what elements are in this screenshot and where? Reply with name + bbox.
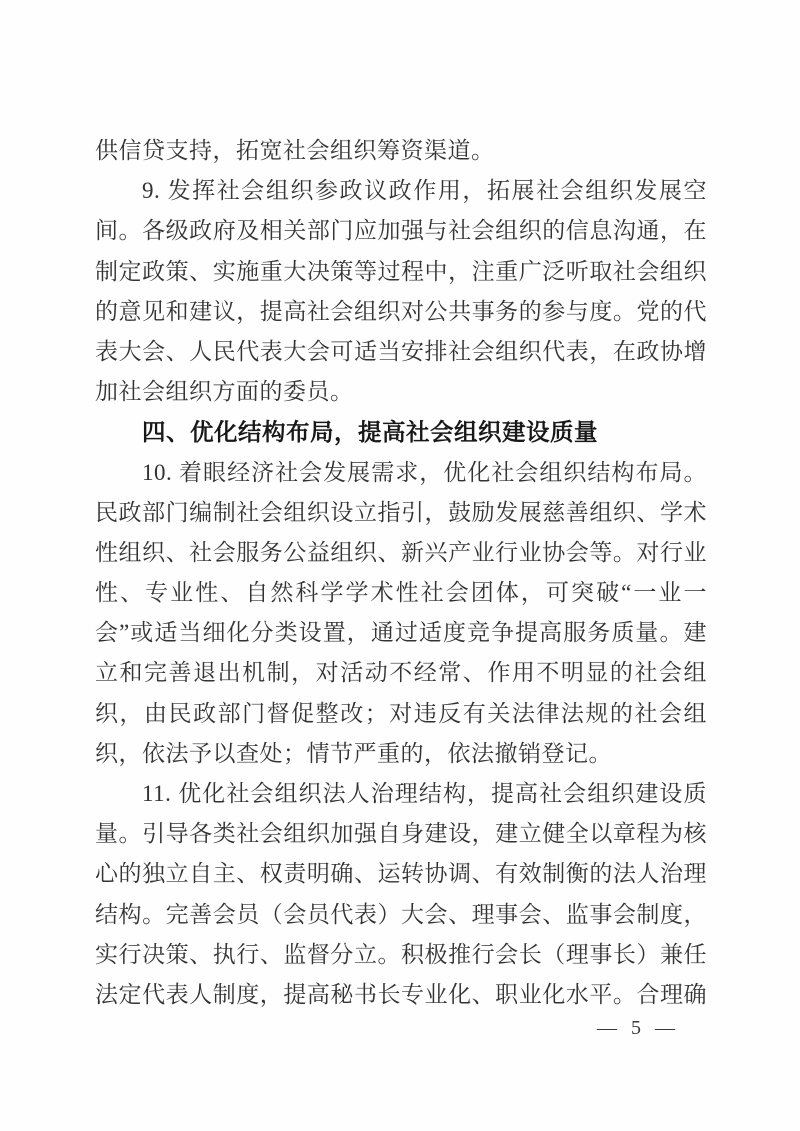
document-text-block: 供信贷支持，拓宽社会组织筹资渠道。 9. 发挥社会组织参政议政作用，拓展社会组织… xyxy=(95,131,707,1015)
text-line: 11. 优化社会组织法人治理结构，提高社会组织建设质 xyxy=(95,774,707,814)
document-page: 供信贷支持，拓宽社会组织筹资渠道。 9. 发挥社会组织参政议政作用，拓展社会组织… xyxy=(0,0,800,1131)
text-line: 织，由民政部门督促整改；对违反有关法律法规的社会组 xyxy=(95,694,707,734)
section-heading: 四、优化结构布局，提高社会组织建设质量 xyxy=(95,412,707,452)
text-line: 加社会组织方面的委员。 xyxy=(95,372,707,412)
text-line: 会”或适当细化分类设置，通过适度竞争提高服务质量。建 xyxy=(95,613,707,653)
text-line: 民政部门编制社会组织设立指引，鼓励发展慈善组织、学术 xyxy=(95,493,707,533)
text-line: 结构。完善会员（会员代表）大会、理事会、监事会制度， xyxy=(95,895,707,935)
text-line: 织，依法予以查处；情节严重的，依法撤销登记。 xyxy=(95,734,707,774)
text-line: 实行决策、执行、监督分立。积极推行会长（理事长）兼任 xyxy=(95,935,707,975)
text-line: 9. 发挥社会组织参政议政作用，拓展社会组织发展空 xyxy=(95,171,707,211)
page-number: — 5 — xyxy=(597,1014,687,1042)
text-line: 的意见和建议，提高社会组织对公共事务的参与度。党的代 xyxy=(95,292,707,332)
text-line: 法定代表人制度，提高秘书长专业化、职业化水平。合理确 xyxy=(95,975,707,1015)
text-line: 量。引导各类社会组织加强自身建设，建立健全以章程为核 xyxy=(95,814,707,854)
text-line: 制定政策、实施重大决策等过程中，注重广泛听取社会组织 xyxy=(95,252,707,292)
text-line: 表大会、人民代表大会可适当安排社会组织代表，在政协增 xyxy=(95,332,707,372)
text-line: 性、专业性、自然科学学术性社会团体，可突破“一业一 xyxy=(95,573,707,613)
text-line: 10. 着眼经济社会发展需求，优化社会组织结构布局。 xyxy=(95,453,707,493)
text-line: 心的独立自主、权责明确、运转协调、有效制衡的法人治理 xyxy=(95,854,707,894)
text-line: 立和完善退出机制，对活动不经常、作用不明显的社会组 xyxy=(95,653,707,693)
text-line: 性组织、社会服务公益组织、新兴产业行业协会等。对行业 xyxy=(95,533,707,573)
text-line: 供信贷支持，拓宽社会组织筹资渠道。 xyxy=(95,131,707,171)
text-line: 间。各级政府及相关部门应加强与社会组织的信息沟通，在 xyxy=(95,211,707,251)
